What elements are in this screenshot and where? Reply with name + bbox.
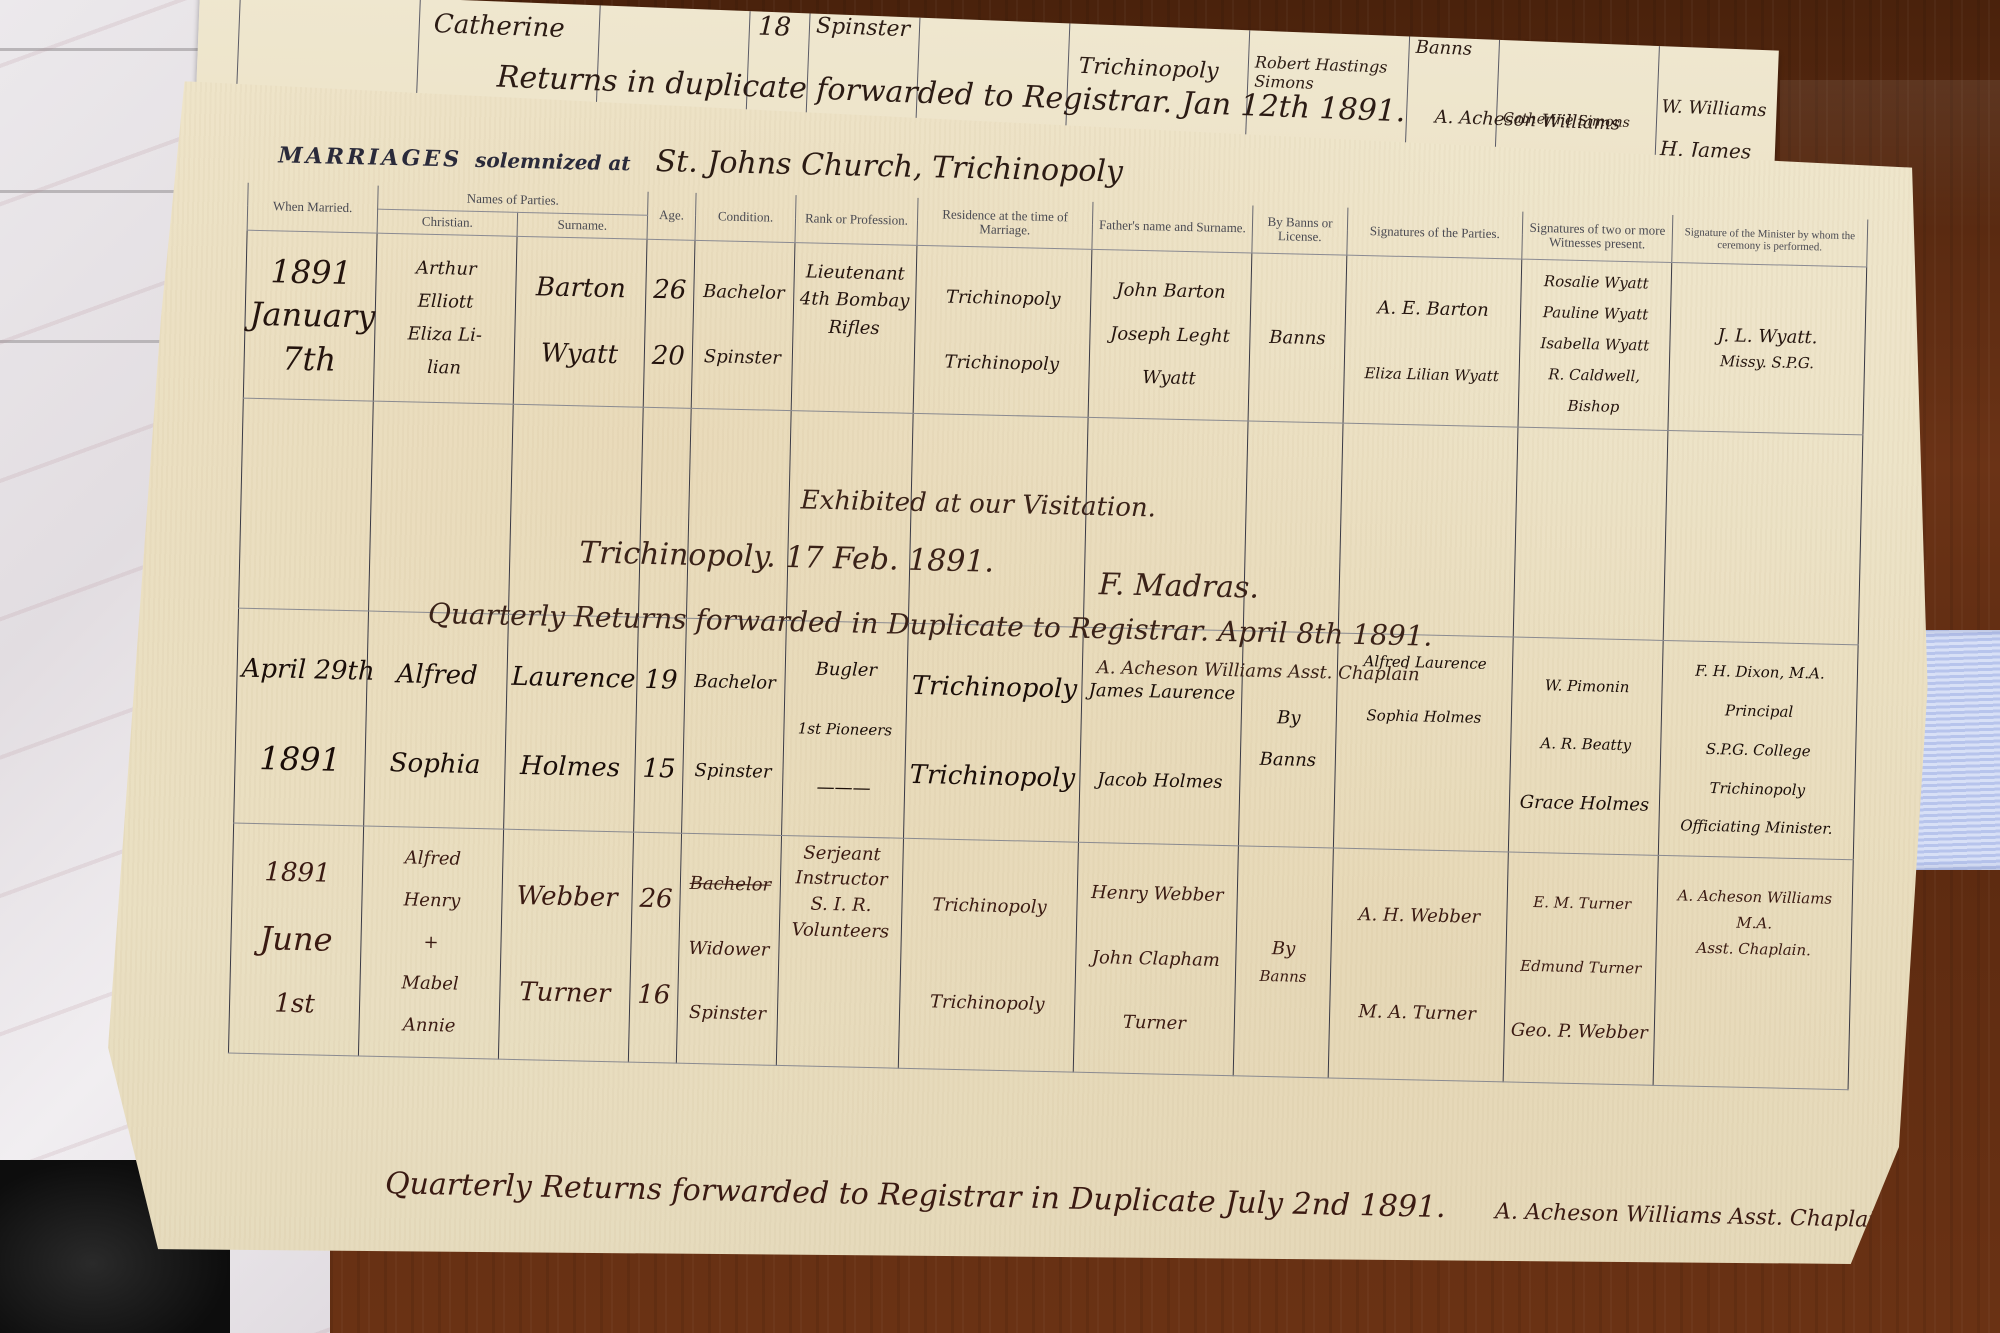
witness-signatures: Rosalie Wyatt Pauline Wyatt Isabella Wya…	[1518, 260, 1671, 430]
party-signatures: A. E. Barton Eliza Lilian Wyatt	[1344, 256, 1522, 427]
rank-profession: Bugler 1st Pioneers ———	[782, 621, 908, 838]
christian-names: Alfred Sophia	[364, 611, 508, 828]
minister-signature: J. L. Wyatt. Missy. S.P.G.	[1668, 263, 1866, 434]
heading-marriages: MARRIAGES	[278, 142, 462, 172]
conditions: Bachelor Widower Spinster	[677, 834, 781, 1065]
visitation-signed: F. Madras.	[1098, 567, 1259, 606]
marriage-date: 1891 June 1st	[229, 823, 363, 1055]
prev-witness: W. Williams	[1661, 96, 1767, 121]
col-father: Father's name and Surname.	[1092, 202, 1253, 253]
rank-profession: Lieutenant 4th Bombay Rifles	[792, 243, 917, 413]
col-age: Age.	[647, 192, 696, 240]
witness-signatures: W. Pimonin A. R. Beatty Grace Holmes	[1509, 637, 1663, 854]
ages: 19 15	[634, 618, 686, 833]
col-signatures-parties: Signatures of the Parties.	[1347, 208, 1523, 259]
ages: 26 20	[644, 240, 695, 408]
table-row: April 29th 1891 Alfred Sophia Laurence H…	[234, 608, 1858, 860]
col-minister: Signature of the Minister by whom the ce…	[1672, 215, 1868, 267]
surnames: Laurence Holmes	[504, 615, 638, 832]
register-heading: MARRIAGES solemnized at St. Johns Church…	[278, 135, 1123, 189]
fathers: John Barton Joseph Leght Wyatt	[1089, 250, 1252, 421]
prev-banns: Banns	[1415, 37, 1472, 60]
ages: 26 16	[629, 833, 681, 1063]
residences: Trichinopoly Trichinopoly	[914, 246, 1092, 417]
prev-residence: Trichinopoly	[1078, 54, 1219, 84]
christian-names: Arthur Elliott Eliza Li- lian	[374, 234, 517, 404]
marriage-date: 1891 January 7th	[244, 231, 377, 401]
party-signatures: A. H. Webber M. A. Turner	[1329, 848, 1508, 1081]
col-witnesses: Signatures of two or more Witnesses pres…	[1522, 212, 1673, 263]
prev-condition: Spinster	[816, 14, 911, 43]
banns: By Banns	[1234, 846, 1333, 1077]
heading-solemnized: solemnized at	[475, 148, 631, 176]
col-banns: By Banns or License.	[1252, 206, 1348, 256]
conditions: Bachelor Spinster	[682, 619, 786, 835]
col-christian: Christian.	[377, 209, 518, 236]
residences: Trichinopoly Trichinopoly	[904, 624, 1083, 842]
conditions: Bachelor Spinster	[692, 241, 795, 410]
register-page: MARRIAGES solemnized at St. Johns Church…	[103, 80, 1949, 1301]
col-surname: Surname.	[517, 212, 648, 239]
prev-note-signature: A. Acheson Williams	[1434, 107, 1620, 135]
minister-signature: F. H. Dixon, M.A. Principal S.P.G. Colle…	[1659, 641, 1858, 859]
struck-condition: Bachelor	[685, 873, 776, 897]
heading-place: St. Johns Church, Trichinopoly	[655, 144, 1123, 190]
witness-signatures: E. M. Turner Edmund Turner Geo. P. Webbe…	[1504, 852, 1658, 1084]
col-when-married: When Married.	[247, 183, 378, 233]
residences: Trichinopoly Trichinopoly	[899, 839, 1078, 1072]
marriage-date: April 29th 1891	[234, 608, 368, 825]
christian-names: Alfred Henry + Mabel Annie	[359, 826, 503, 1058]
quarterly-returns-july: Quarterly Returns forwarded to Registrar…	[385, 1166, 1890, 1235]
surnames: Webber Turner	[499, 830, 633, 1062]
fathers: Henry Webber John Clapham Turner	[1074, 843, 1238, 1076]
prev-age: 18	[757, 11, 791, 42]
col-rank: Rank or Profession.	[795, 195, 918, 245]
minister-signature: A. Acheson Williams M.A. Asst. Chaplain.	[1654, 856, 1853, 1089]
table-row: 1891 June 1st Alfred Henry + Mabel Annie…	[228, 823, 1853, 1090]
prev-christian-name: Catherine	[433, 9, 565, 44]
rank-profession: Serjeant Instructor S. I. R. Volunteers	[777, 836, 903, 1068]
col-residence: Residence at the time of Marriage.	[917, 198, 1093, 249]
banns: Banns	[1249, 253, 1347, 422]
col-condition: Condition.	[695, 193, 796, 243]
quarterly-returns-july-signature: A. Acheson Williams Asst. Chaplain	[1495, 1199, 1890, 1233]
surnames: Barton Wyatt	[514, 237, 647, 407]
